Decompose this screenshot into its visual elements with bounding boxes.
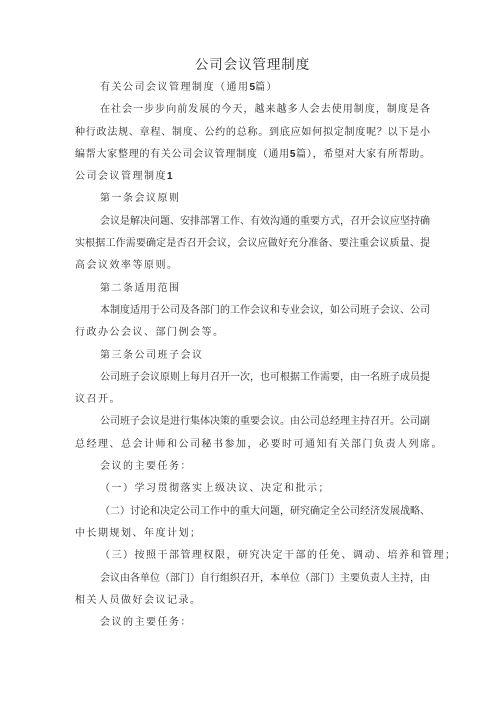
document-line: 公司班子会议是进行集体决策的重要会议。由公司总经理主持召开。公司副 <box>75 411 430 433</box>
document-line: 议召开。 <box>75 389 430 411</box>
document-line: 第二条适用范围 <box>75 278 430 300</box>
document-line: 高会议效率等原则。 <box>75 255 430 277</box>
document-line: 在社会一步步向前发展的今天，越来越多人会去使用制度，制度是各 <box>75 99 430 121</box>
document-line: 第三条公司班子会议 <box>75 345 430 367</box>
document-line: 编帮大家整理的有关公司会议管理制度（通用5篇），希望对大家有所帮助。 <box>75 144 430 166</box>
document-line: 第一条会议原则 <box>75 188 430 210</box>
bold-number: 1 <box>167 171 173 182</box>
bold-number: 5 <box>250 82 256 93</box>
document-line: 总经理、总会计师和公司秘书参加，必要时可通知有关部门负责人列席。 <box>75 434 430 456</box>
document-line: 会议是解决问题、安排部署工作、有效沟通的重要方式，召开会议应坚持确 <box>75 211 430 233</box>
document-line: 会议由各单位（部门）自行组织召开，本单位（部门）主要负责人主持，由 <box>75 568 430 590</box>
document-page: 公司会议管理制度 有关公司会议管理制度（通用5篇）在社会一步步向前发展的今天，越… <box>0 0 500 707</box>
document-line: 种行政法规、章程、制度、公约的总称。到底应如何拟定制度呢？以下是小 <box>75 122 430 144</box>
document-line: （一）学习贯彻落实上级决议、决定和批示； <box>75 478 430 500</box>
document-line: 相关人员做好会议记录。 <box>75 590 430 612</box>
document-body: 有关公司会议管理制度（通用5篇）在社会一步步向前发展的今天，越来越多人会去使用制… <box>75 77 430 634</box>
document-line: （三）按照干部管理权限，研究决定干部的任免、调动、培养和管理； <box>75 545 430 567</box>
document-line: 有关公司会议管理制度（通用5篇） <box>75 77 430 99</box>
document-line: 实根据工作需要确定是否召开会议，会议应做好充分准备、要注重会议质量、提 <box>75 233 430 255</box>
document-line: 本制度适用于公司及各部门的工作会议和专业会议，如公司班子会议、公司 <box>75 300 430 322</box>
document-title: 公司会议管理制度 <box>75 52 430 77</box>
bold-number: 5 <box>290 149 296 160</box>
document-line: 行政办公会议、部门例会等。 <box>75 322 430 344</box>
document-line: 会议的主要任务： <box>75 456 430 478</box>
document-line: 公司会议管理制度1 <box>75 166 430 188</box>
document-line: 中长期规划、年度计划； <box>75 523 430 545</box>
document-line: 公司班子会议原则上每月召开一次，也可根据工作需要，由一名班子成员提 <box>75 367 430 389</box>
document-line: （二）讨论和决定公司工作中的重大问题，研究确定全公司经济发展战略、 <box>75 501 430 523</box>
document-line: 会议的主要任务： <box>75 612 430 634</box>
